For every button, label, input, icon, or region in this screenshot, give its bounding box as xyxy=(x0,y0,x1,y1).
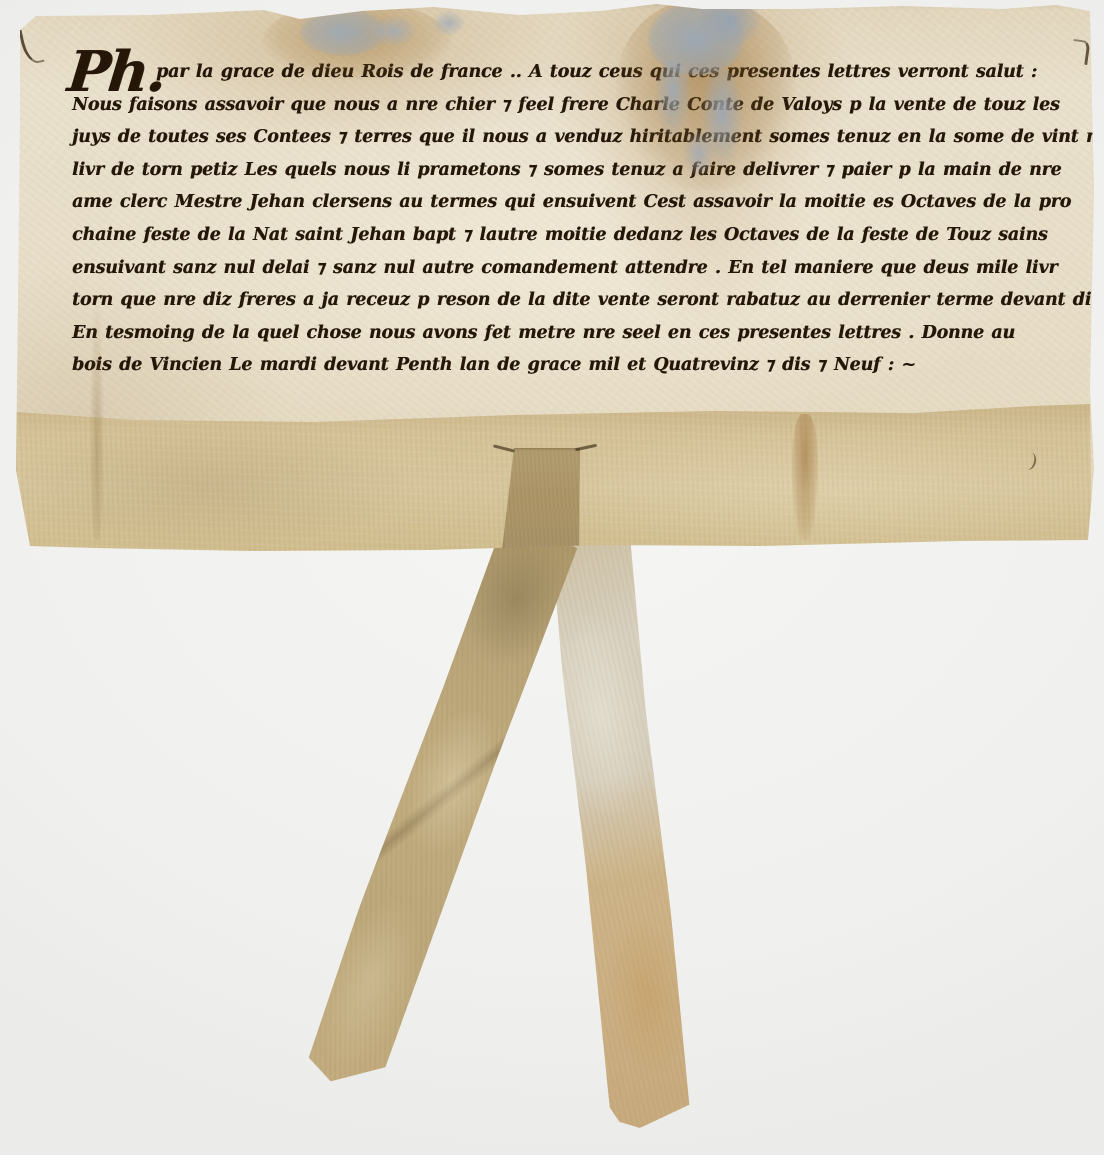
text-line: En tesmoing de la quel chose nous avons … xyxy=(72,317,1047,350)
text-line: juys de toutes ses Contees ⁊ terres que … xyxy=(72,121,1047,154)
seal-tag-strap xyxy=(500,446,584,550)
text-line-content: par la grace de dieu Rois de france .. A… xyxy=(156,62,1037,82)
text-line: bois de Vincien Le mardi devant Penth la… xyxy=(72,349,1047,382)
text-line: Ph. par la grace de dieu Rois de france … xyxy=(72,56,1047,89)
gray-stain xyxy=(432,10,466,36)
text-line: chaine feste de la Nat saint Jehan bapt … xyxy=(72,219,1047,252)
initial-letter: Ph. xyxy=(65,44,167,100)
charter-text: Ph. par la grace de dieu Rois de france … xyxy=(72,56,1047,382)
gray-stain xyxy=(700,0,760,46)
text-line: livr de torn petiz Les quels nous li pra… xyxy=(72,154,1047,187)
seal-tag-left xyxy=(299,520,577,1097)
text-line: Nous faisons assavoir que nous a nre chi… xyxy=(72,89,1047,122)
parchment-sheet: Ph. par la grace de dieu Rois de france … xyxy=(0,0,1104,560)
text-line: ensuivant sanz nul delai ⁊ sanz nul autr… xyxy=(72,252,1047,285)
charter-photograph: Ph. par la grace de dieu Rois de france … xyxy=(0,0,1104,1155)
text-line: ame clerc Mestre Jehan clersens au terme… xyxy=(72,186,1047,219)
edge-ink-mark xyxy=(1070,39,1090,65)
edge-ink-mark xyxy=(18,26,44,65)
text-line: torn que nre diz freres a ja receuz p re… xyxy=(72,284,1047,317)
gray-stain xyxy=(300,8,386,56)
gray-stain xyxy=(372,16,416,46)
seal-tag-right xyxy=(548,534,693,1131)
